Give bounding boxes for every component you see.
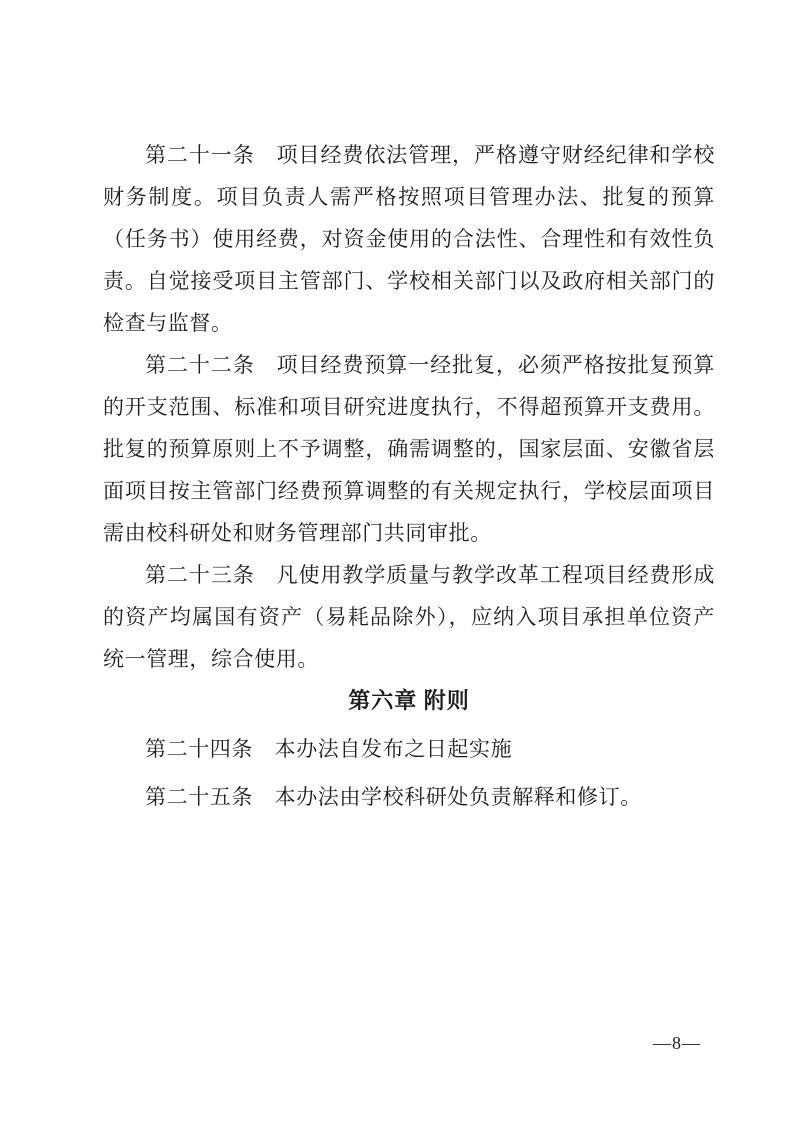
document-body: 第二十一条 项目经费依法管理，严格遵守财经纪律和学校财务制度。项目负责人需严格按… [103,134,715,818]
document-paragraph: 第二十四条 本办法自发布之日起实施 [103,728,715,770]
document-paragraph: 第二十一条 项目经费依法管理，严格遵守财经纪律和学校财务制度。项目负责人需严格按… [103,134,715,344]
document-paragraph: 第二十三条 凡使用教学质量与教学改革工程项目经费形成的资产均属国有资产（易耗品除… [103,554,715,680]
chapter-heading: 第六章 附则 [103,680,715,722]
document-page: 第二十一条 项目经费依法管理，严格遵守财经纪律和学校财务制度。项目负责人需严格按… [0,0,793,1122]
page-number: —8— [653,1032,701,1054]
document-paragraph: 第二十二条 项目经费预算一经批复，必须严格按批复预算的开支范围、标准和项目研究进… [103,344,715,554]
document-paragraph: 第二十五条 本办法由学校科研处负责解释和修订。 [103,776,715,818]
